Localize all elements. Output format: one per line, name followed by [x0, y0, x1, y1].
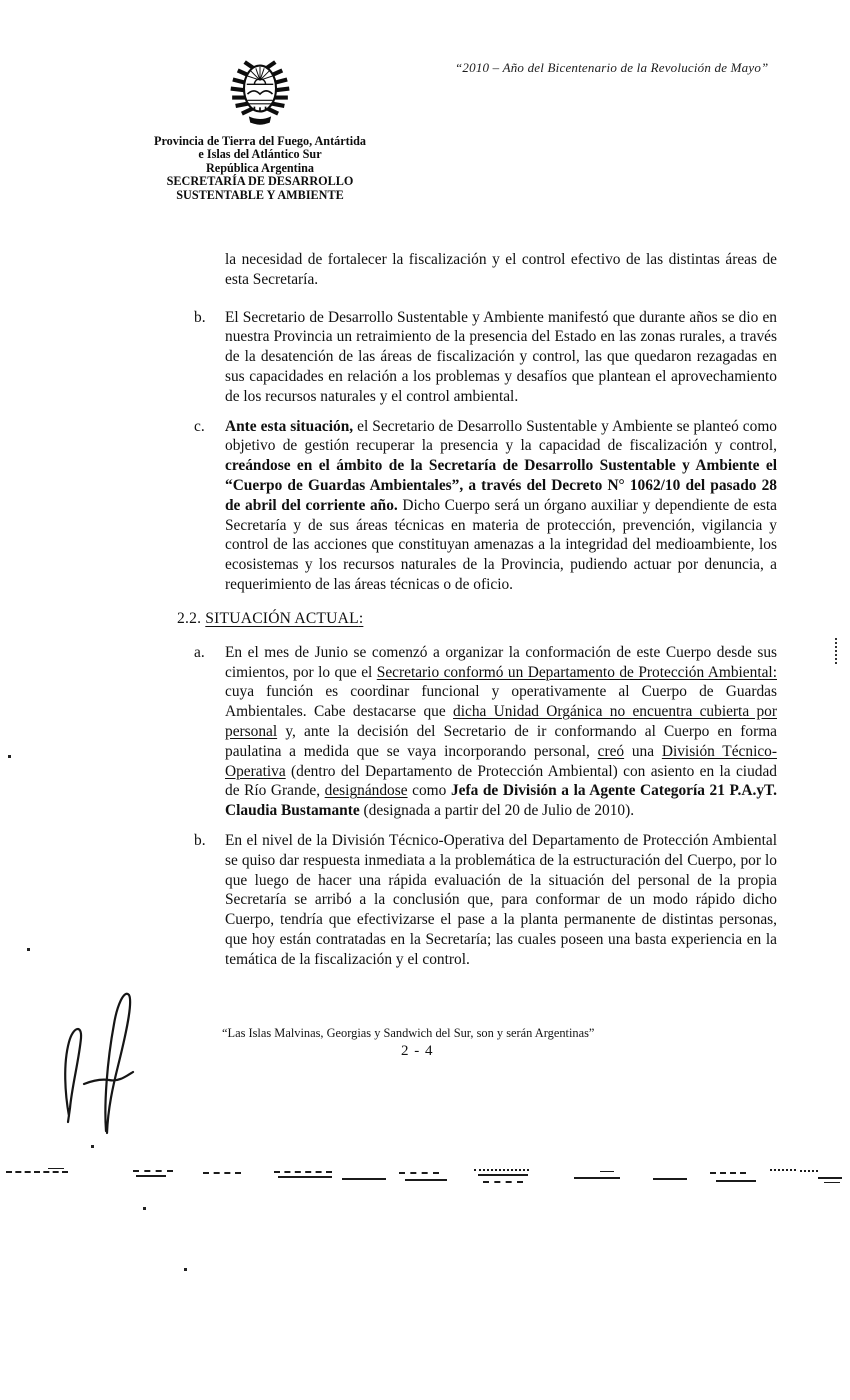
paragraph-text: la necesidad de fortalecer la fiscalizac…	[225, 250, 777, 290]
list-marker: b.	[194, 831, 225, 970]
letterhead-line-2: e Islas del Atlántico Sur	[135, 148, 385, 161]
section-heading: 2.2. SITUACIÓN ACTUAL:	[177, 609, 777, 629]
list-item-c: c.Ante esta situación, el Secretario de …	[194, 417, 777, 595]
signature-icon	[24, 976, 154, 1141]
paragraph-text: En el mes de Junio se comenzó a organiza…	[225, 643, 777, 821]
scan-speck	[27, 948, 30, 951]
list-item-b: b.El Secretario de Desarrollo Sustentabl…	[194, 308, 777, 407]
letterhead: Provincia de Tierra del Fuego, Antártida…	[135, 55, 385, 202]
page-number: 2 - 4	[401, 1043, 434, 1060]
paragraph-text: El Secretario de Desarrollo Sustentable …	[225, 308, 777, 407]
list-marker	[194, 250, 225, 290]
list-marker: a.	[194, 643, 225, 821]
heading-number: 2.2.	[177, 610, 205, 627]
letterhead-line-3: República Argentina	[135, 162, 385, 175]
list-marker: b.	[194, 308, 225, 407]
scan-speck	[143, 1207, 146, 1210]
scanned-document-page: “2010 – Año del Bicentenario de la Revol…	[0, 0, 850, 1400]
coat-of-arms-icon	[221, 55, 299, 129]
letterhead-line-4: SECRETARÍA DE DESARROLLO	[135, 175, 385, 188]
scan-speck	[91, 1145, 94, 1148]
scan-dotted-mark	[835, 638, 837, 664]
letterhead-line-5: SUSTENTABLE Y AMBIENTE	[135, 189, 385, 202]
letterhead-line-1: Provincia de Tierra del Fuego, Antártida	[135, 135, 385, 148]
document-body: la necesidad de fortalecer la fiscalizac…	[194, 250, 777, 970]
heading-title: SITUACIÓN ACTUAL	[205, 610, 359, 627]
year-motto: “2010 – Año del Bicentenario de la Revol…	[455, 60, 785, 76]
scan-speck	[184, 1268, 187, 1271]
list-item-b2: b.En el nivel de la División Técnico-Ope…	[194, 831, 777, 970]
list-item-a: a.En el mes de Junio se comenzó a organi…	[194, 643, 777, 821]
paragraph-text: Ante esta situación, el Secretario de De…	[225, 417, 777, 595]
paragraph-intro: la necesidad de fortalecer la fiscalizac…	[194, 250, 777, 290]
list-marker: c.	[194, 417, 225, 595]
footer-motto: “Las Islas Malvinas, Georgias y Sandwich…	[222, 1026, 667, 1041]
paragraph-text: En el nivel de la División Técnico-Opera…	[225, 831, 777, 970]
scan-speck	[8, 755, 11, 758]
